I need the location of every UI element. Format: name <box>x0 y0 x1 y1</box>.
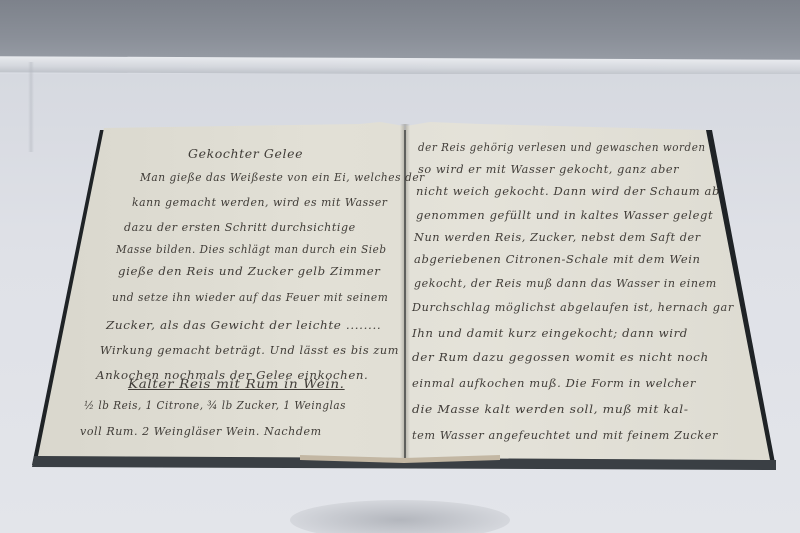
manuscript-line: abgeriebenen Citronen-Schale mit dem Wei… <box>414 252 701 266</box>
museum-wall <box>0 0 800 62</box>
manuscript-line: Ihn und damit kurz eingekocht; dann wird <box>412 326 688 340</box>
manuscript-line: einmal aufkochen muß. Die Form in welche… <box>412 376 696 390</box>
manuscript-line: und setze ihn wieder auf das Feuer mit s… <box>112 290 388 304</box>
manuscript-line: Zucker, als das Gewicht der leichte ....… <box>106 318 381 332</box>
manuscript-line: nicht weich gekocht. Dann wird der Schau… <box>416 184 720 198</box>
manuscript-line: die Masse kalt werden soll, muß mit kal- <box>412 402 689 416</box>
manuscript-line: kann gemacht werden, wird es mit Wasser <box>132 195 388 209</box>
ingredient-line: ½ lb Reis, 1 Citrone, ¾ lb Zucker, 1 Wei… <box>84 398 346 412</box>
left-page-title: Gekochter Gelee <box>188 146 303 161</box>
manuscript-line: tem Wasser angefeuchtet und mit feinem Z… <box>412 428 718 442</box>
manuscript-line: gekocht, der Reis muß dann das Wasser in… <box>414 276 717 290</box>
manuscript-line: genommen gefüllt und in kaltes Wasser ge… <box>416 208 713 222</box>
manuscript-line: Nun werden Reis, Zucker, nebst dem Saft … <box>414 230 701 244</box>
manuscript-line: dazu der ersten Schritt durchsichtige <box>124 220 356 234</box>
manuscript-line: gieße den Reis und Zucker gelb Zimmer <box>118 264 381 278</box>
manuscript-line: Man gieße das Weißeste von ein Ei, welch… <box>140 170 425 184</box>
display-case-rim <box>0 56 800 75</box>
recipe-subheading: Kalter Reis mit Rum in Wein. <box>128 376 345 391</box>
glass-reflection <box>28 62 34 152</box>
ingredient-line: voll Rum. 2 Weingläser Wein. Nachdem <box>80 424 322 438</box>
manuscript-line: Wirkung gemacht beträgt. Und lässt es bi… <box>100 343 399 357</box>
manuscript-line: der Rum dazu gegossen womit es nicht noc… <box>412 350 709 364</box>
manuscript-line: Durchschlag möglichst abgelaufen ist, he… <box>412 300 734 314</box>
manuscript-line: der Reis gehörig verlesen und gewaschen … <box>418 140 706 154</box>
floor-shadow <box>290 500 510 533</box>
manuscript-line: Masse bilden. Dies schlägt man durch ein… <box>116 242 386 256</box>
manuscript-line: so wird er mit Wasser gekocht, ganz aber <box>418 162 679 176</box>
